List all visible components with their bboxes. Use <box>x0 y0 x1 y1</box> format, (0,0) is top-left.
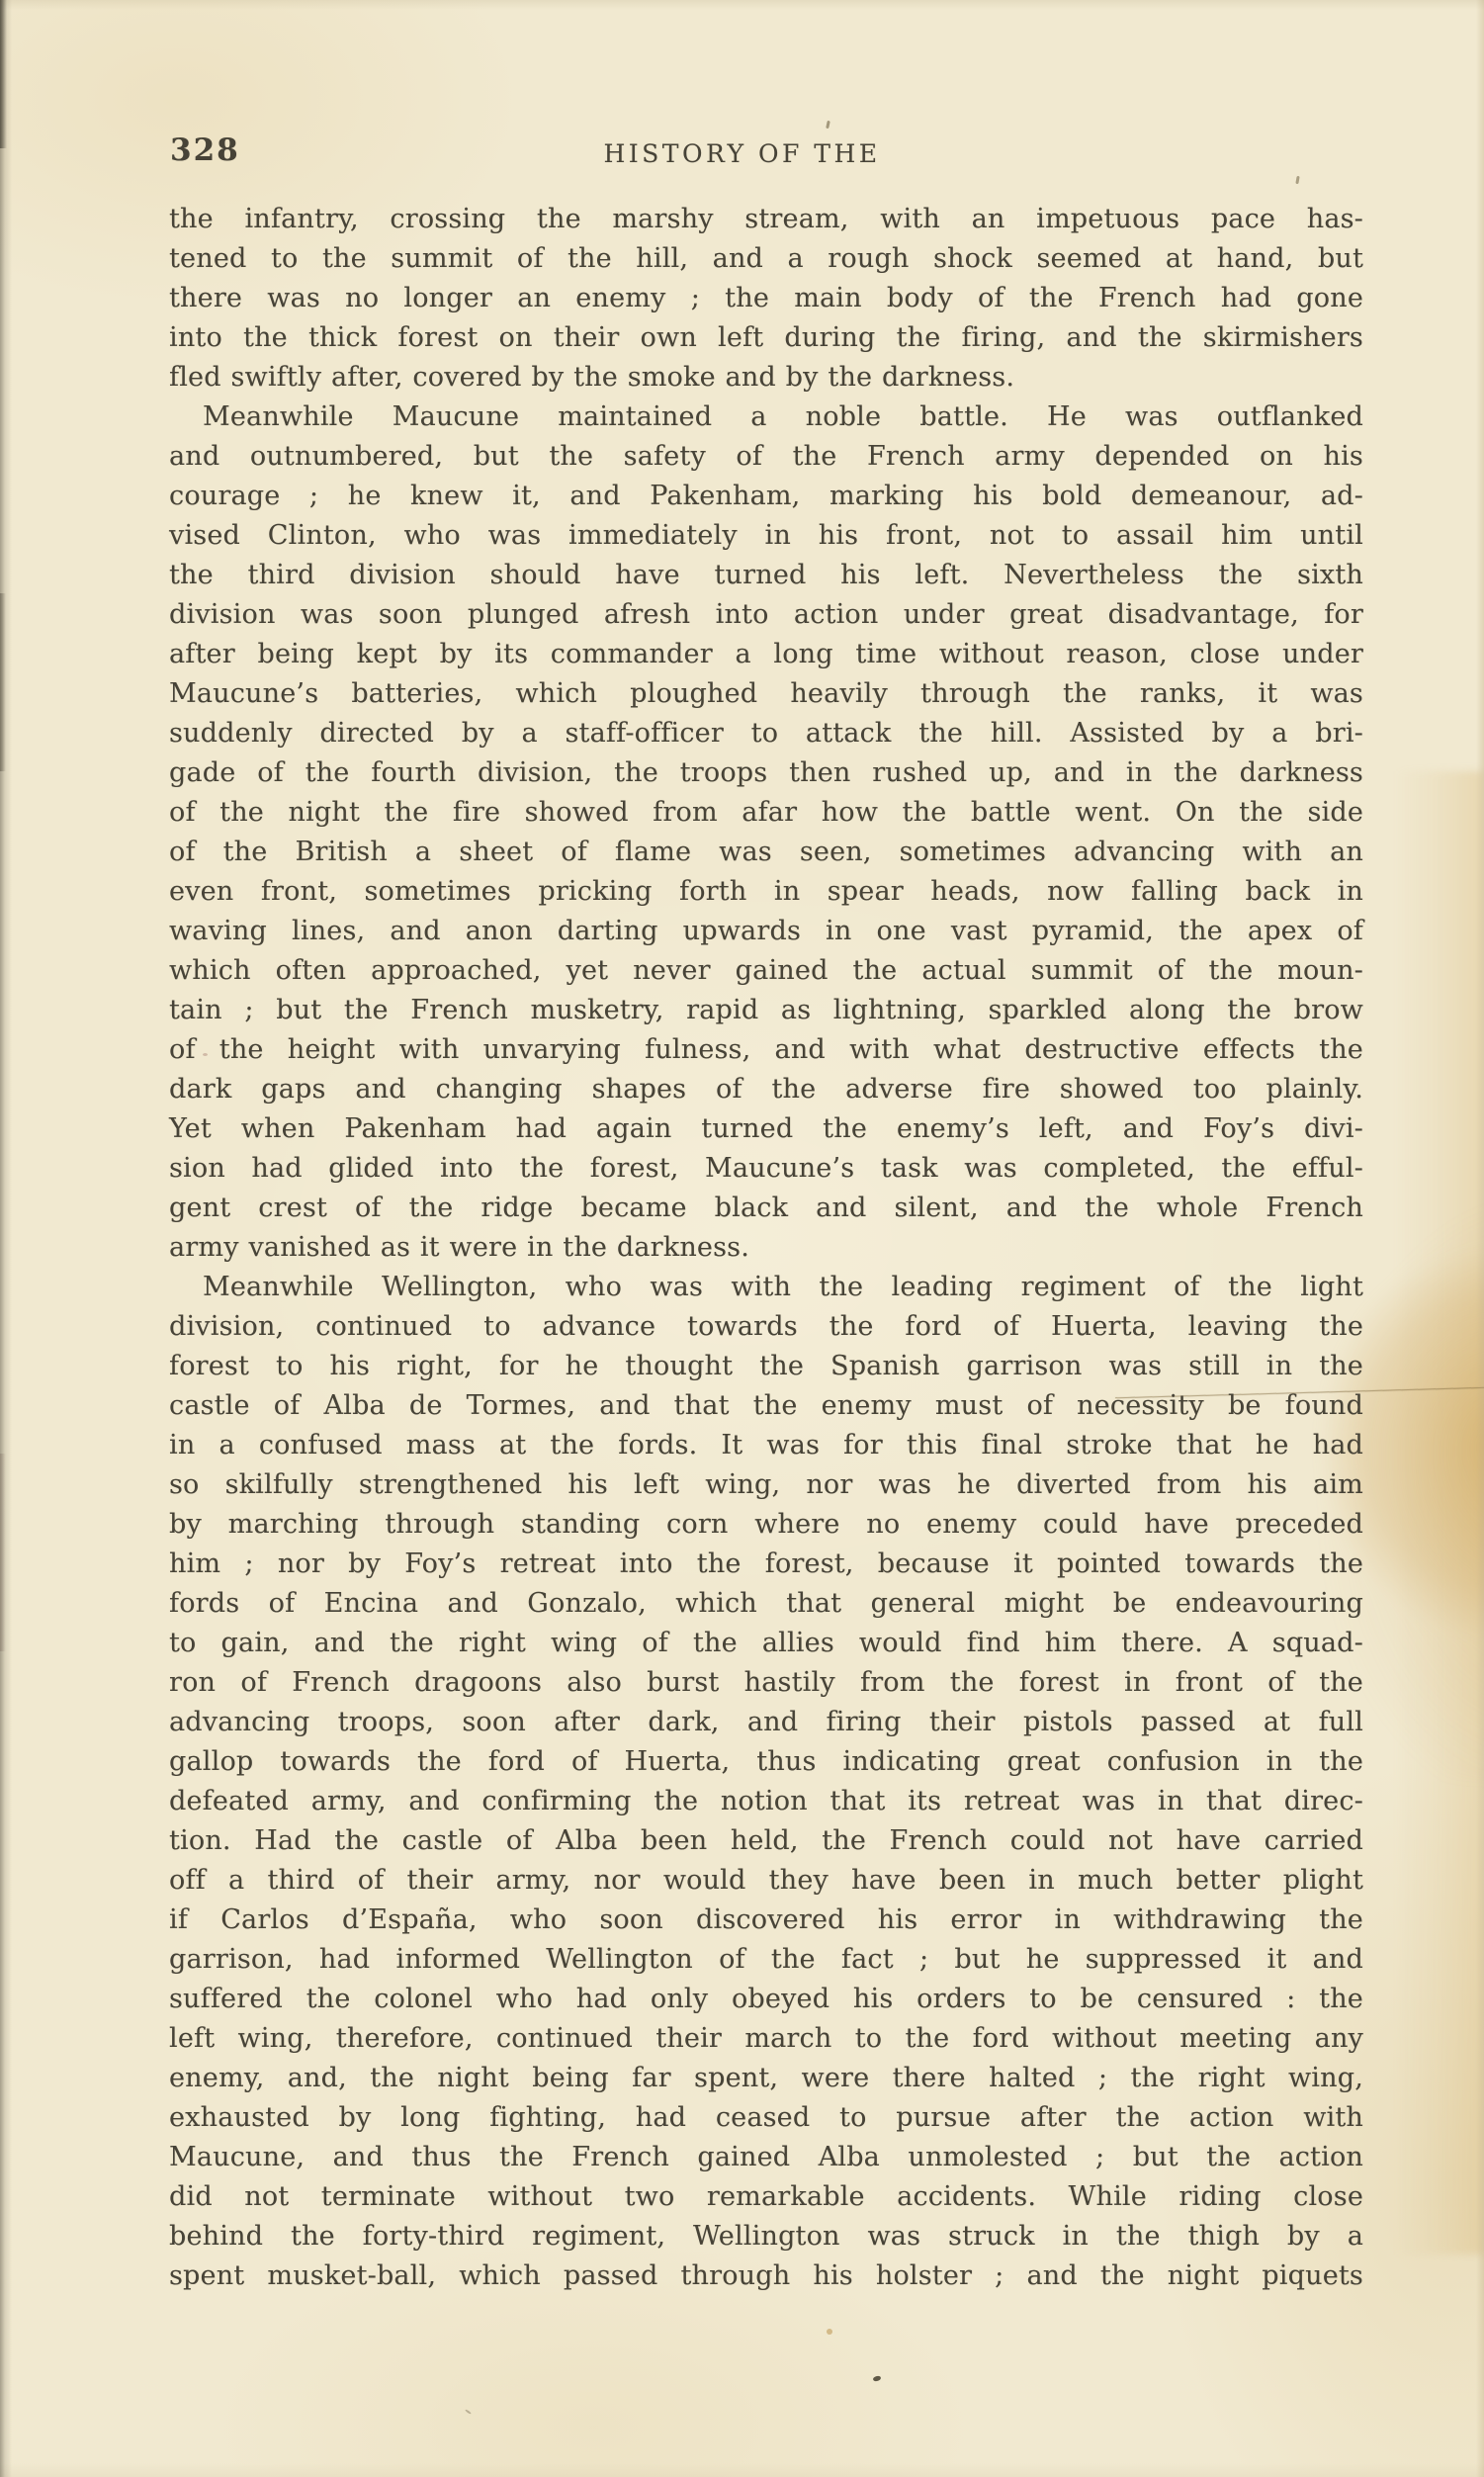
text-line: courage ; he knew it, and Pakenham, mark… <box>169 477 1363 516</box>
text-line: if Carlos d’España, who soon discovered … <box>169 1901 1363 1940</box>
text-line: which often approached, yet never gained… <box>169 951 1363 991</box>
text-line: so skilfully strengthened his left wing,… <box>169 1465 1363 1505</box>
text-line: did not terminate without two remarkable… <box>169 2177 1363 2217</box>
text-line: spent musket-ball, which passed through … <box>169 2256 1363 2296</box>
text-line: and outnumbered, but the safety of the F… <box>169 437 1363 477</box>
text-line: the third division should have turned hi… <box>169 556 1363 595</box>
text-line: gade of the fourth division, the troops … <box>169 753 1363 793</box>
text-line: gallop towards the ford of Huerta, thus … <box>169 1742 1363 1782</box>
page-edge-left-low <box>0 1454 6 1651</box>
text-line: defeated army, and confirming the notion… <box>169 1782 1363 1821</box>
paragraph: Meanwhile Maucune maintained a noble bat… <box>169 398 1363 1268</box>
text-line: by marching through standing corn where … <box>169 1505 1363 1545</box>
page-edge-left <box>0 0 12 2477</box>
paragraph: Meanwhile Wellington, who was with the l… <box>169 1268 1363 2296</box>
text-line: there was no longer an enemy ; the main … <box>169 279 1363 318</box>
text-line: Maucune’s batteries, which ploughed heav… <box>169 674 1363 714</box>
text-line: sion had glided into the forest, Maucune… <box>169 1149 1363 1189</box>
text-line: him ; nor by Foy’s retreat into the fore… <box>169 1545 1363 1584</box>
text-line: vised Clinton, who was immediately in hi… <box>169 516 1363 556</box>
text-line: Maucune, and thus the French gained Alba… <box>169 2138 1363 2177</box>
text-line: into the thick forest on their own left … <box>169 318 1363 358</box>
text-line: gent crest of the ridge became black and… <box>169 1189 1363 1228</box>
text-line: waving lines, and anon darting upwards i… <box>169 912 1363 951</box>
text-line: tened to the summit of the hill, and a r… <box>169 239 1363 279</box>
text-line: fords of Encina and Gonzalo, which that … <box>169 1584 1363 1624</box>
text-line: castle of Alba de Tormes, and that the e… <box>169 1386 1363 1426</box>
text-line: of the night the fire showed from afar h… <box>169 793 1363 833</box>
text-line: suffered the colonel who had only obeyed… <box>169 1980 1363 2019</box>
text-line: suddenly directed by a staff-officer to … <box>169 714 1363 753</box>
text-line: the infantry, crossing the marshy stream… <box>169 200 1363 239</box>
text-line: tion. Had the castle of Alba been held, … <box>169 1821 1363 1861</box>
text-line: even front, sometimes pricking forth in … <box>169 872 1363 912</box>
text-line: of the British a sheet of flame was seen… <box>169 833 1363 872</box>
text-line: after being kept by its commander a long… <box>169 635 1363 674</box>
page-edge-right <box>1476 0 1484 2477</box>
text-line: Yet when Pakenham had again turned the e… <box>169 1109 1363 1149</box>
text-line: forest to his right, for he thought the … <box>169 1347 1363 1386</box>
paragraph: the infantry, crossing the marshy stream… <box>169 200 1363 398</box>
text-column: the infantry, crossing the marshy stream… <box>169 200 1363 2296</box>
text-line: fled swiftly after, covered by the smoke… <box>169 358 1363 398</box>
text-line: exhausted by long fighting, had ceased t… <box>169 2098 1363 2138</box>
page-edge-left-mid <box>0 593 6 771</box>
text-line: left wing, therefore, continued their ma… <box>169 2019 1363 2059</box>
text-line: tain ; but the French musketry, rapid as… <box>169 991 1363 1030</box>
text-line: advancing troops, soon after dark, and f… <box>169 1703 1363 1742</box>
text-line: enemy, and, the night being far spent, w… <box>169 2059 1363 2098</box>
text-line: ron of French dragoons also burst hastil… <box>169 1663 1363 1703</box>
text-line: division was soon plunged afresh into ac… <box>169 595 1363 635</box>
text-line: behind the forty-third regiment, Welling… <box>169 2217 1363 2256</box>
text-line: dark gaps and changing shapes of the adv… <box>169 1070 1363 1109</box>
text-line: of the height with unvarying fulness, an… <box>169 1030 1363 1070</box>
paper-speck <box>827 2329 832 2335</box>
text-line: in a confused mass at the fords. It was … <box>169 1426 1363 1465</box>
text-line: garrison, had informed Wellington of the… <box>169 1940 1363 1980</box>
text-line: Meanwhile Wellington, who was with the l… <box>169 1268 1363 1307</box>
text-line: to gain, and the right wing of the allie… <box>169 1624 1363 1663</box>
text-line: army vanished as it were in the darkness… <box>169 1228 1363 1268</box>
text-line: Meanwhile Maucune maintained a noble bat… <box>169 398 1363 437</box>
text-line: off a third of their army, nor would the… <box>169 1861 1363 1901</box>
running-title: HISTORY OF THE <box>0 139 1484 168</box>
text-line: division, continued to advance towards t… <box>169 1307 1363 1347</box>
page-edge-left-top <box>0 0 7 148</box>
scanned-book-page: { "page": { "number": "328", "running_ti… <box>0 0 1484 2477</box>
